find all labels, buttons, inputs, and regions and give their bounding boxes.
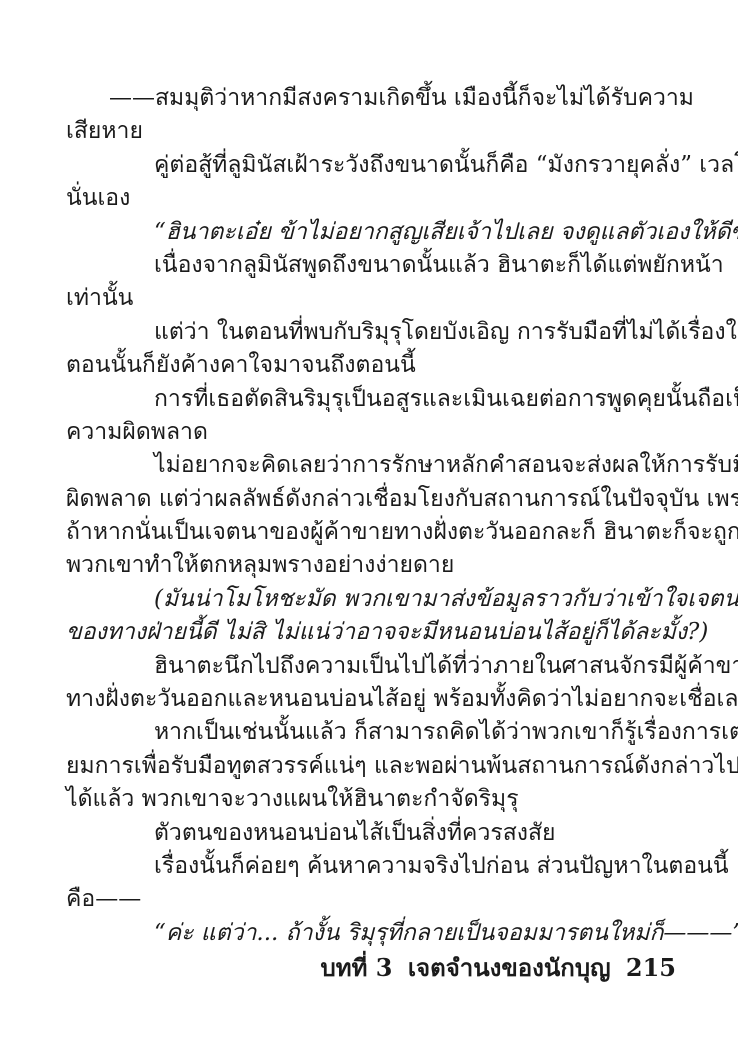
text-line: ของทางฝ่ายนี้ดี ไม่สิ ไม่แน่ว่าอาจจะมีหน…	[66, 616, 680, 649]
text-line: แต่ว่า ในตอนที่พบกับริมุรุโดยบังเอิญ การ…	[66, 316, 680, 349]
text-line: ทางฝั่งตะวันออกและหนอนบ่อนไส้อยู่ พร้อมท…	[66, 683, 680, 716]
text-line: เสียหาย	[66, 115, 680, 148]
text-line: “ฮินาตะเอ๋ย ข้าไม่อยากสูญเสียเจ้าไปเลย จ…	[66, 216, 680, 249]
text-line: พวกเขาทำให้ตกหลุมพรางอย่างง่ายดาย	[66, 549, 680, 582]
text-line: “ค่ะ แต่ว่า... ถ้างั้น ริมุรุที่กลายเป็น…	[66, 917, 680, 950]
text-line: ——สมมุติว่าหากมีสงครามเกิดขึ้น เมืองนี้ก…	[66, 82, 680, 115]
text-line: ความผิดพลาด	[66, 416, 680, 449]
text-line: ผิดพลาด แต่ว่าผลลัพธ์ดังกล่าวเชื่อมโยงกั…	[66, 483, 680, 516]
text-line: คือ——	[66, 883, 680, 916]
text-line: (มันน่าโมโหชะมัด พวกเขามาส่งข้อมูลราวกับ…	[66, 583, 680, 616]
text-line: การที่เธอตัดสินริมุรุเป็นอสูรและเมินเฉยต…	[66, 383, 680, 416]
book-page: ——สมมุติว่าหากมีสงครามเกิดขึ้น เมืองนี้ก…	[0, 0, 738, 1051]
text-line: ตอนนั้นก็ยังค้างคาใจมาจนถึงตอนนี้	[66, 349, 680, 382]
chapter-title: เจตจำนงของนักบุญ	[408, 953, 611, 982]
text-line: ได้แล้ว พวกเขาจะวางแผนให้ฮินาตะกำจัดริมุ…	[66, 783, 680, 816]
text-line: คู่ต่อสู้ที่ลูมินัสเฝ้าระวังถึงขนาดนั้นก…	[66, 149, 680, 182]
text-line: ถ้าหากนั่นเป็นเจตนาของผู้ค้าขายทางฝั่งตะ…	[66, 516, 680, 549]
text-line: ฮินาตะนึกไปถึงความเป็นไปได้ที่ว่าภายในศา…	[66, 650, 680, 683]
text-line: หากเป็นเช่นนั้นแล้ว ก็สามารถคิดได้ว่าพวก…	[66, 716, 680, 749]
page-number: 215	[626, 953, 676, 982]
chapter-label: บทที่ 3	[321, 953, 393, 982]
text-line: ยมการเพื่อรับมือทูตสวรรค์แน่ๆ และพอผ่านพ…	[66, 750, 680, 783]
text-line: ไม่อยากจะคิดเลยว่าการรักษาหลักคำสอนจะส่ง…	[66, 449, 680, 482]
text-line: เท่านั้น	[66, 282, 680, 315]
text-line: ตัวตนของหนอนบ่อนไส้เป็นสิ่งที่ควรสงสัย	[66, 817, 680, 850]
text-line: เรื่องนั้นก็ค่อยๆ ค้นหาความจริงไปก่อน ส่…	[66, 850, 680, 883]
page-text: ——สมมุติว่าหากมีสงครามเกิดขึ้น เมืองนี้ก…	[66, 82, 680, 950]
text-line: นั่นเอง	[66, 182, 680, 215]
text-line: เนื่องจากลูมินัสพูดถึงขนาดนั้นแล้ว ฮินาต…	[66, 249, 680, 282]
page-footer: บทที่ 3 เจตจำนงของนักบุญ 215	[321, 948, 676, 987]
